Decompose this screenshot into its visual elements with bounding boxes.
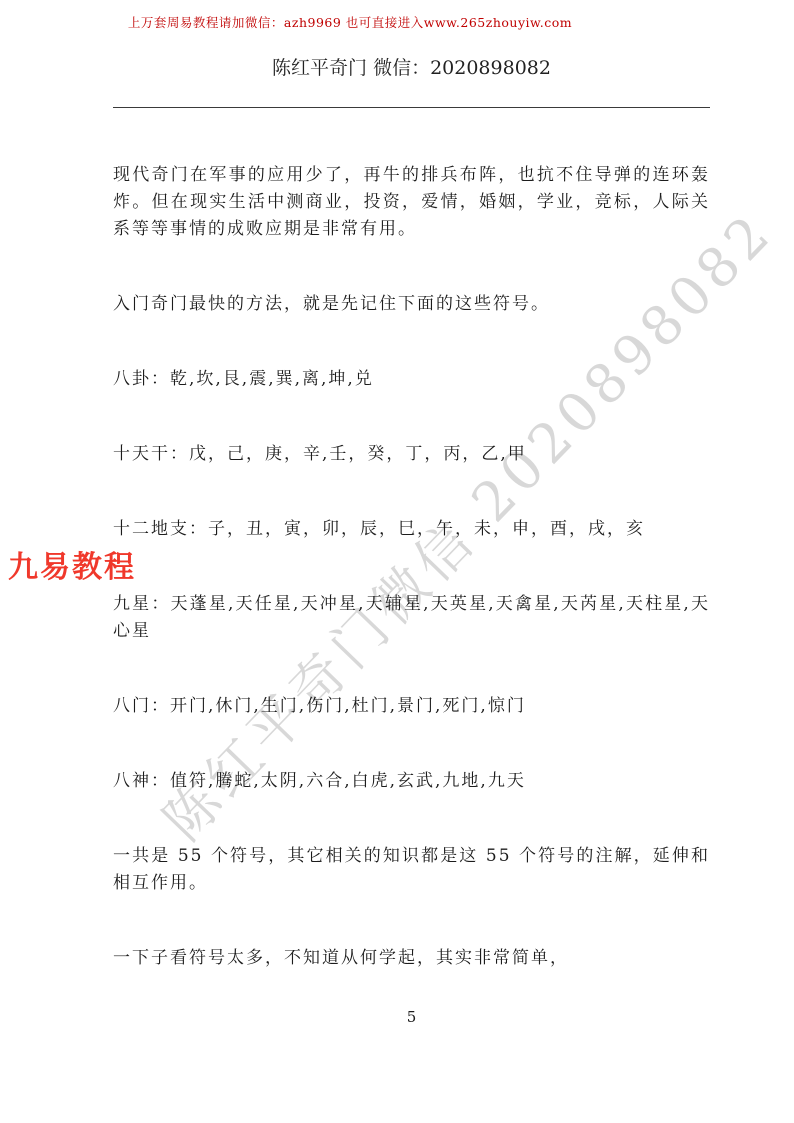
paragraph-summary: 一共是 55 个符号，其它相关的知识都是这 55 个符号的注解，延伸和相互作用。 xyxy=(113,843,710,897)
paragraph-bashen: 八神：值符,腾蛇,太阴,六合,白虎,玄武,九地,九天 xyxy=(113,768,710,795)
paragraph-bagua: 八卦：乾,坎,艮,震,巽,离,坤,兑 xyxy=(113,366,710,393)
brand-stamp: 九易教程 xyxy=(8,542,136,586)
paragraph-closing: 一下子看符号太多，不知道从何学起，其实非常简单， xyxy=(113,945,710,972)
header-divider xyxy=(113,107,710,108)
page-number: 5 xyxy=(113,1008,710,1026)
paragraph-method: 入门奇门最快的方法，就是先记住下面的这些符号。 xyxy=(113,291,710,318)
paragraph-tiangan: 十天干：戊，己，庚，辛,壬，癸，丁，丙，乙,甲 xyxy=(113,441,710,468)
document-page: 陈红平奇门微信 2020898082 上万套周易教程请加微信：azh9969 也… xyxy=(0,0,794,1123)
header-notice: 上万套周易教程请加微信：azh9969 也可直接进入www.265zhouyiw… xyxy=(0,13,700,31)
paragraph-jiuxing: 九星：天蓬星,天任星,天冲星,天辅星,天英星,天禽星,天芮星,天柱星,天心星 xyxy=(113,591,710,645)
paragraph-intro: 现代奇门在军事的应用少了，再牛的排兵布阵，也抗不住导弹的连环轰炸。但在现实生活中… xyxy=(113,162,710,243)
paragraph-bamen: 八门：开门,休门,生门,伤门,杜门,景门,死门,惊门 xyxy=(113,693,710,720)
paragraph-dizhi: 十二地支：子，丑，寅，卯，辰，巳，午，未，申，酉，戌，亥 xyxy=(113,516,710,543)
document-body: 现代奇门在军事的应用少了，再牛的排兵布阵，也抗不住导弹的连环轰炸。但在现实生活中… xyxy=(113,162,710,1020)
header-title: 陈红平奇门 微信：2020898082 xyxy=(113,53,710,80)
